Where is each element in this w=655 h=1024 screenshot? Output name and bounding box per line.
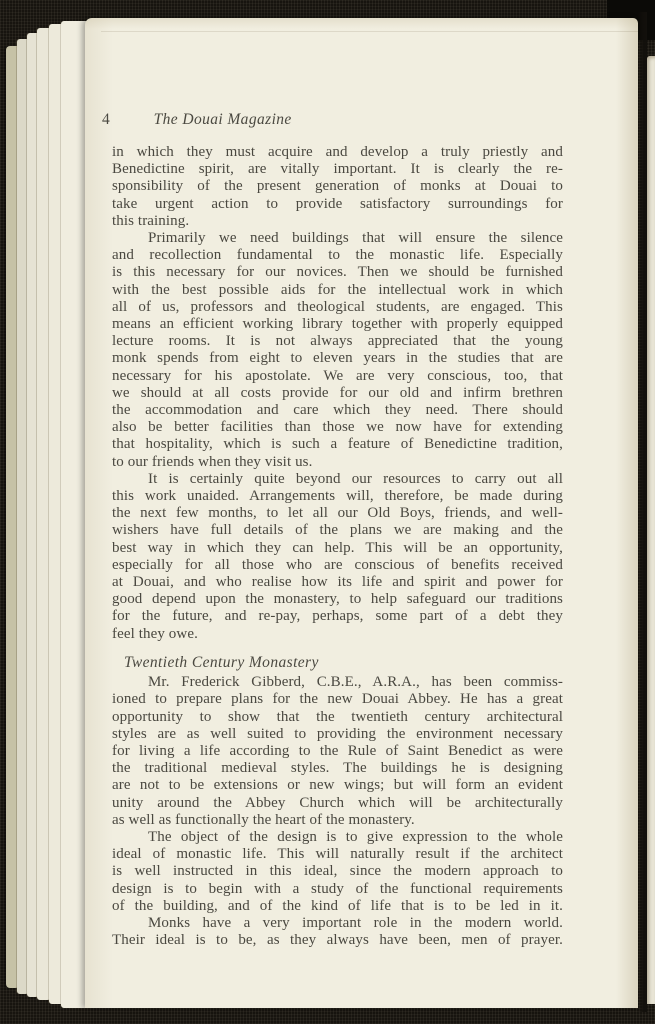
page-header: 4 The Douai Magazine (112, 111, 563, 129)
scanned-book-photo: { "header": { "page_number": "4", "runni… (0, 0, 655, 1024)
text-line: Benedictine spirit, are vitally importan… (112, 161, 563, 178)
text-line: the traditional medieval styles. The bui… (112, 760, 563, 777)
text-line: this training. (112, 213, 563, 230)
text-line: are not to be extensions or new wings; b… (112, 777, 563, 794)
text-line: and recollection fundamental to the mona… (112, 247, 563, 264)
text-line: the accommodation and care which they ne… (112, 402, 563, 419)
text-line: means an efficient working library toget… (112, 316, 563, 333)
text-line: The object of the design is to give expr… (112, 829, 563, 846)
text-line: Primarily we need buildings that will en… (112, 230, 563, 247)
text-line: for the future, and re-pay, perhaps, som… (112, 608, 563, 625)
text-line: the next few months, to let all our Old … (112, 505, 563, 522)
facing-page-edge (647, 56, 655, 1004)
paragraph: It is certainly quite beyond our resourc… (112, 471, 563, 643)
text-line: also be better facilities than those we … (112, 419, 563, 436)
text-line: as well as functionally the heart of the… (112, 812, 563, 829)
text-line: Mr. Frederick Gibberd, C.B.E., A.R.A., h… (112, 674, 563, 691)
gutter-shadow (638, 12, 647, 1012)
paragraph: in which they must acquire and develop a… (112, 144, 563, 230)
text-line: sponsibility of the present generation o… (112, 178, 563, 195)
text-line: Their ideal is to be, as they always hav… (112, 932, 563, 949)
text-line: unity around the Abbey Church which will… (112, 795, 563, 812)
text-line: to our friends when they visit us. (112, 454, 563, 471)
text-line: for living a life according to the Rule … (112, 743, 563, 760)
text-line: Monks have a very important role in the … (112, 915, 563, 932)
page-text: in which they must acquire and develop a… (112, 144, 563, 949)
text-line: lecture rooms. It is not always apprecia… (112, 333, 563, 350)
text-line: in which they must acquire and develop a… (112, 144, 563, 161)
text-line: with the best possible aids for the inte… (112, 282, 563, 299)
text-line: design is to begin with a study of the f… (112, 881, 563, 898)
text-line: styles are as well suited to providing t… (112, 726, 563, 743)
text-line: at Douai, and who realise how its life a… (112, 574, 563, 591)
paragraph: The object of the design is to give expr… (112, 829, 563, 915)
paragraph: Primarily we need buildings that will en… (112, 230, 563, 471)
text-line: especially for all those who are conscio… (112, 557, 563, 574)
text-line: is well instructed in this ideal, since … (112, 863, 563, 880)
text-line: monk spends from eight to eleven years i… (112, 350, 563, 367)
text-line: best way in which they can help. This wi… (112, 540, 563, 557)
text-line: of the building, and of the kind of life… (112, 898, 563, 915)
text-line: this work unaided. Arrangements will, th… (112, 488, 563, 505)
text-line: wishers have full details of the plans w… (112, 522, 563, 539)
page-number: 4 (102, 111, 110, 128)
text-line: ideal of monastic life. This will natura… (112, 846, 563, 863)
text-line: opportunity to show that the twentieth c… (112, 709, 563, 726)
text-line: take urgent action to provide satisfacto… (112, 196, 563, 213)
text-line: that hospitality, which is such a featur… (112, 436, 563, 453)
book-page: 4 The Douai Magazine in which they must … (85, 18, 638, 1008)
section-heading: Twentieth Century Monastery (112, 654, 563, 671)
text-line: It is certainly quite beyond our resourc… (112, 471, 563, 488)
text-line: all of us, professors and theological st… (112, 299, 563, 316)
text-line: necessary for his apostolate. We are ver… (112, 368, 563, 385)
paragraph: Monks have a very important role in the … (112, 915, 563, 949)
text-line: feel they owe. (112, 626, 563, 643)
text-line: is this necessary for our novices. Then … (112, 264, 563, 281)
text-line: we should at all costs provide for our o… (112, 385, 563, 402)
text-line: good depend upon the monastery, to help … (112, 591, 563, 608)
page-content: 4 The Douai Magazine in which they must … (112, 111, 563, 949)
text-line: ioned to prepare plans for the new Douai… (112, 691, 563, 708)
paragraph: Mr. Frederick Gibberd, C.B.E., A.R.A., h… (112, 674, 563, 829)
running-title: The Douai Magazine (154, 111, 292, 128)
